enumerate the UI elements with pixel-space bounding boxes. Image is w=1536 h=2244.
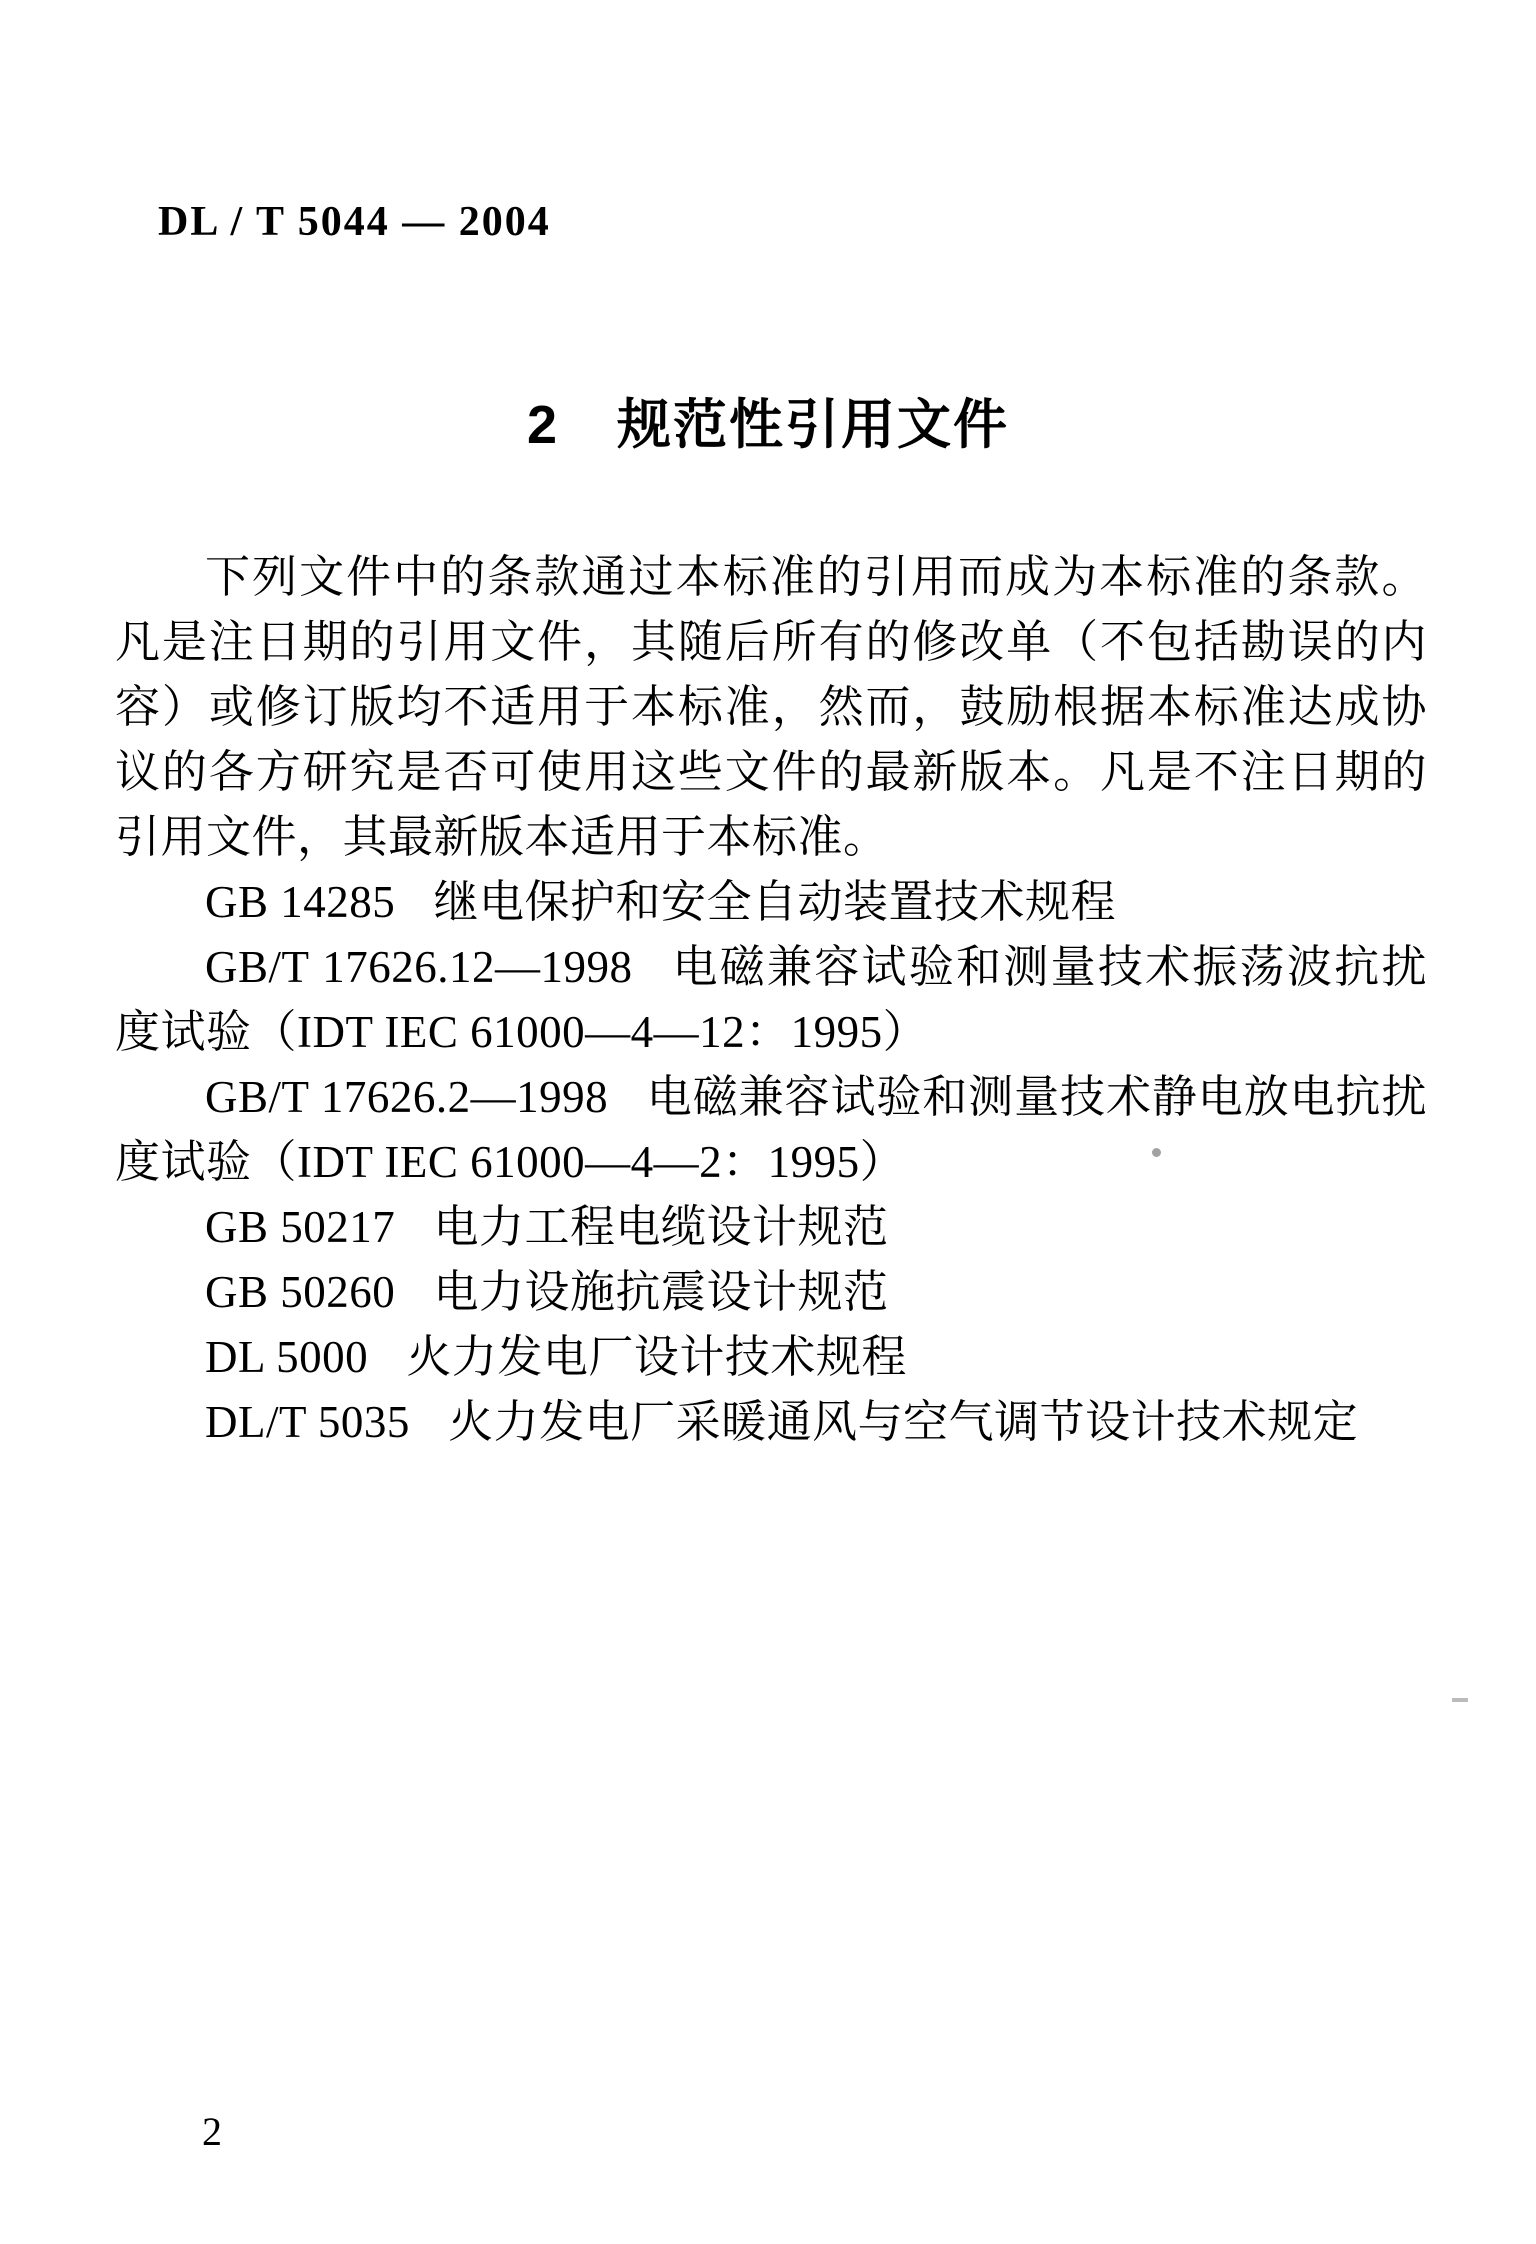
reference-title: 继电保护和安全自动装置技术规程 bbox=[434, 877, 1117, 927]
reference-title: 电力工程电缆设计规范 bbox=[434, 1202, 889, 1252]
body-content: 下列文件中的条款通过本标准的引用而成为本标准的条款。凡是注日期的引用文件，其随后… bbox=[115, 545, 1427, 1455]
reference-code: GB/T 17626.12—1998 bbox=[205, 942, 632, 992]
reference-code: GB/T 17626.2—1998 bbox=[205, 1072, 608, 1122]
reference-item: GB/T 17626.2—1998电磁兼容试验和测量技术静电放电抗扰度试验（ID… bbox=[115, 1065, 1427, 1195]
section-title: 规范性引用文件 bbox=[617, 395, 1009, 455]
reference-title: 火力发电厂采暖通风与空气调节设计技术规定 bbox=[448, 1397, 1358, 1447]
reference-code: DL 5000 bbox=[205, 1332, 368, 1382]
scan-artifact-dot bbox=[1152, 1148, 1161, 1157]
page-number: 2 bbox=[202, 2108, 222, 2155]
intro-paragraph: 下列文件中的条款通过本标准的引用而成为本标准的条款。凡是注日期的引用文件，其随后… bbox=[115, 545, 1427, 870]
reference-code: GB 14285 bbox=[205, 877, 395, 927]
reference-item: GB 50260电力设施抗震设计规范 bbox=[115, 1260, 1427, 1325]
reference-item: GB 50217电力工程电缆设计规范 bbox=[115, 1195, 1427, 1260]
reference-code: GB 50260 bbox=[205, 1267, 395, 1317]
reference-item: DL 5000火力发电厂设计技术规程 bbox=[115, 1325, 1427, 1390]
section-heading: 2规范性引用文件 bbox=[0, 382, 1536, 459]
document-page: DL / T 5044 — 2004 2规范性引用文件 下列文件中的条款通过本标… bbox=[0, 0, 1536, 2244]
reference-title: 火力发电厂设计技术规程 bbox=[406, 1332, 907, 1382]
reference-code: GB 50217 bbox=[205, 1202, 395, 1252]
standard-code-header: DL / T 5044 — 2004 bbox=[158, 198, 551, 246]
reference-item: GB 14285继电保护和安全自动装置技术规程 bbox=[115, 870, 1427, 935]
reference-item: GB/T 17626.12—1998电磁兼容试验和测量技术振荡波抗扰度试验（ID… bbox=[115, 935, 1427, 1065]
section-number: 2 bbox=[527, 395, 559, 455]
reference-item: DL/T 5035火力发电厂采暖通风与空气调节设计技术规定 bbox=[115, 1390, 1427, 1455]
scan-artifact-dash bbox=[1452, 1698, 1468, 1702]
reference-code: DL/T 5035 bbox=[205, 1397, 410, 1447]
reference-title: 电力设施抗震设计规范 bbox=[434, 1267, 889, 1317]
